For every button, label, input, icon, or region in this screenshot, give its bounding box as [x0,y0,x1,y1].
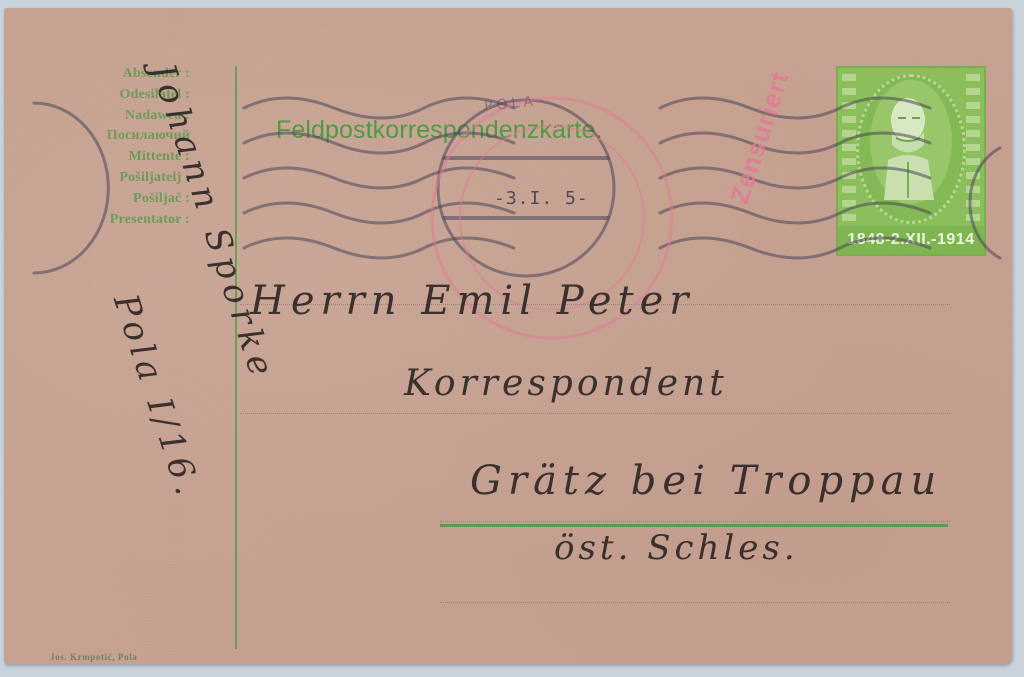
address-line [240,413,950,414]
postmark-town: POLA [483,93,538,114]
sender-place-date: Pola I/16. [105,289,209,504]
address-underline-green [440,524,948,527]
card-title: Feldpostkorrespondenzkarte. [276,116,603,145]
postage-stamp: 1848-2.XII.-1914 [836,66,986,256]
address-line [440,602,950,603]
stamp-border-pattern [842,74,856,224]
address-line [440,521,950,522]
stamp-border-pattern [966,74,980,224]
sender-label: Pošiljač : [60,189,190,210]
printer-imprint: Jos. Krmpotić, Pola [50,652,137,662]
emperor-portrait-icon [878,90,938,200]
stamp-dates: 1848-2.XII.-1914 [838,226,984,254]
censor-stamp: Zensuriert [724,68,796,208]
sender-label: Pošiljatelj : [60,168,190,189]
recipient-occupation: Korrespondent [404,363,728,404]
recipient-name: Herrn Emil Peter [250,278,694,324]
recipient-city: Grätz bei Troppau [470,458,942,504]
postcard: Absender : Odesilatel : Nadawca : Посила… [4,8,1012,664]
sender-label: Presentator : [60,210,190,231]
postmark-date: -3.I. 5- [494,188,589,209]
recipient-region: öst. Schles. [554,528,799,568]
